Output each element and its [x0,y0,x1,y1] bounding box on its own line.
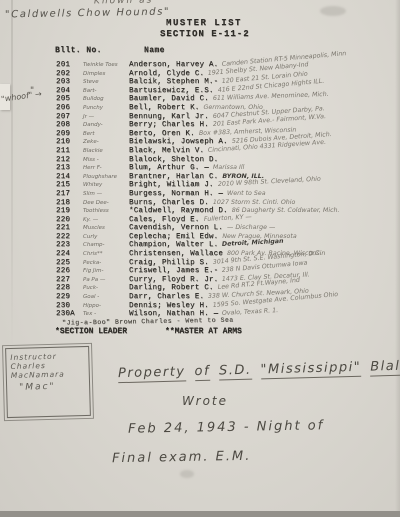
address-annotation: — Discharge — [227,224,275,231]
member-name: Blalock, Shelton D. [129,156,218,164]
member-name: Bielawski, Jowseph A. [129,138,228,146]
billet-number: 211 [56,147,83,155]
nickname-annotation: Zeke- [83,139,129,145]
footnote-section-leader: *SECTION LEADER [55,327,127,336]
member-name: Burns, Charles D. [129,199,209,207]
nickname-annotation: Ploughshare [83,174,129,180]
member-name: Christensen, Wallace [129,250,223,258]
billet-number: 228 [56,284,83,292]
address-annotation: 1027 Storm St. Cinti. Ohio [213,199,295,206]
member-name: Curry, Floyd R. Jr. [129,276,218,284]
roster-row: 201 Twinkle Toes Anderson, Harvey A. Cam… [0,61,400,70]
billet-number: 225 [56,259,83,267]
property-note-word: "Mississippi" [260,360,361,380]
member-name: *Caldwell, Raymond D. [129,207,228,215]
nickname-annotation: Goal - [83,294,129,300]
billet-number: 202 [56,70,83,78]
roster-row: 220 Ky. — Cales, Floyd E. Fullerton, KY … [0,216,400,225]
billet-number: 224 [56,250,83,258]
wrote-note: Wrote [182,394,228,408]
property-note-word: Blalock [370,358,400,376]
member-name: Burgess, Norman H. — [129,190,223,198]
roster-row: 226 Fig Jim- Criswell, James E.- 238 N D… [0,267,400,276]
roster-row: 213 Herr F- Blum, Arthur G. — Marissa Il… [0,164,400,173]
final-exam-note: Final exam. E.M. [112,449,252,466]
nickname-annotation: Chris** [83,251,129,257]
roster-row: 210 Zeke- Bielawski, Jowseph A. 5216 Dub… [0,138,400,147]
billet-number: 229 [56,293,83,301]
member-name: Bright, William J. [129,181,214,189]
roster-row: 222 Curly Ceplecha; Emil Edw. New Prague… [0,233,400,242]
roster-row: 211 Blackie Black, Melvin V. Cincinnati,… [0,147,400,156]
billet-number: 201 [56,61,83,69]
billet-number: 217 [56,190,83,198]
nickname-annotation: Bert [83,131,129,137]
member-name: Blum, Arthur G. — [129,164,209,172]
member-name: Arnold, Clyde C. [129,70,204,78]
member-name: Champion, Walter L. [129,241,218,249]
roster-row: 207 Jr — Bennung, Karl Jr. 6047 Chestnut… [0,113,400,122]
member-name: Baumler, David C. [129,95,209,103]
roster-row: 223 Champ- Champion, Walter L. Detroit, … [0,241,400,250]
roster-list: 201 Twinkle Toes Anderson, Harvey A. Cam… [0,61,400,319]
nickname-annotation: Pa Pa — [83,277,129,283]
nickname-annotation: Champ- [83,242,129,248]
member-name: Darling, Robert C. [129,284,214,292]
billet-number: 206 [56,104,83,112]
roster-row: 219 Toothless *Caldwell, Raymond D. 86 D… [0,207,400,216]
billet-number: 210 [56,138,83,146]
nickname-annotation: Tex - [83,311,129,317]
nickname-annotation: Miss - [83,157,129,163]
billet-number: 227 [56,276,83,284]
roster-row: 228 Puck- Darling, Robert C. Lee Rd RT.2… [0,284,400,293]
billet-number: 209 [56,130,83,138]
nickname-annotation: Whitey [83,182,129,188]
billet-number: 208 [56,121,83,129]
property-note-word: S.D. [219,363,252,381]
nickname-annotation: Muscles [83,225,129,231]
nickname-annotation: Herr F- [83,165,129,171]
nickname-annotation: Blackie [83,148,129,154]
roster-row: 203 Steve Balcik, Stephen M.- 120 East 2… [0,78,400,87]
roster-row: 225 Pecka- Craig, Phillip S. 3014 9th St… [0,259,400,268]
billet-number: 222 [56,233,83,241]
nickname-annotation: Bulldog [83,96,129,102]
roster-row: 212 Miss - Blalock, Shelton D. [0,156,400,165]
roster-row: 209 Bert Berto, Oren K. Box #383, Amhers… [0,130,400,139]
date-note: Feb 24, 1943 - Night of [128,418,325,436]
column-header-name: Name [144,46,165,55]
nickname-annotation: Dimples [83,71,129,77]
property-note-word: of [194,364,210,381]
column-header-billet: Bllt. No. [55,46,102,55]
footnote-master-at-arms: **MASTER AT ARMS [165,327,242,336]
billet-number: 230 [56,302,83,310]
member-name: Anderson, Harvey A. [129,61,218,69]
member-name: Bennung, Karl Jr. [129,113,209,121]
member-name: Ceplecha; Emil Edw. [129,233,218,241]
nickname-annotation: Fig Jim- [83,268,129,274]
roster-row: 227 Pa Pa — Curry, Floyd R. Jr. 1473 E. … [0,276,400,285]
roster-row: 215 Whitey Bright, William J. 2010 W 98t… [0,181,400,190]
member-name: Balcik, Stephen M.- [129,78,218,86]
nickname-annotation: Punchy [83,105,129,111]
roster-row: 229 Goal - Darr, Charles E. 338 W. Churc… [0,293,400,302]
roster-row: 214 Ploughshare Brantner, Harlan C. BYRO… [0,173,400,182]
roster-row: 208 Dandy- Berry; Charles H. 201 East Pa… [0,121,400,130]
roster-row: 230 Hippo- Dennis; Wesley H. 1595 So. We… [0,302,400,311]
property-of-note: PropertyofS.D."Mississippi"Blalock [118,358,400,383]
member-name: Berto, Oren K. [129,130,195,138]
scanned-muster-list-document: Known as "Caldwells Chow Hounds" MUSTER … [0,0,400,517]
nickname-annotation: Twinkle Toes [83,62,129,68]
billet-number: 218 [56,199,83,207]
roster-row: 204 Bart- Bartusiewicz, E.S. 416 E 22nd … [0,87,400,96]
nickname-annotation: Pecka- [83,260,129,266]
address-annotation: Fullerton, KY — [203,213,251,222]
billet-number: 220 [56,216,83,224]
nickname-annotation: Curly [83,234,129,240]
property-note-word: Property [118,364,186,383]
billet-number: 221 [56,224,83,232]
billet-number: 203 [56,78,83,86]
instructor-last-name: MacNamara [11,369,87,380]
billet-number: 219 [56,207,83,215]
member-name: Cales, Floyd E. [129,216,200,224]
billet-number: 230A [56,310,83,318]
document-title: MUSTER LIST [166,18,242,28]
member-name: Dennis; Wesley H. [129,302,209,310]
paper-edge-shadow-bottom [0,511,400,517]
nickname-annotation: Dee Dee- [83,200,129,206]
instructor-nickname: "Mac" [19,382,87,393]
nickname-annotation: Jr — [83,114,129,120]
nickname-annotation: Ky. — [83,217,129,223]
address-annotation: Detroit, Michigan [222,238,284,248]
roster-row: 224 Chris** Christensen, Wallace 800 Par… [0,250,400,259]
member-name: Black, Melvin V. [129,147,204,155]
member-name: Craig, Phillip S. [129,259,209,267]
roster-row: 205 Bulldog Baumler, David C. 611 Willia… [0,95,400,104]
roster-row: 221 Muscles Cavendish, Vernon L. — Disch… [0,224,400,233]
nickname-annotation: Dandy- [83,122,129,128]
billet-number: 223 [56,241,83,249]
roster-row: 206 Punchy Bell, Robert K. Germantown, O… [0,104,400,113]
group-name-note: "Caldwells Chow Hounds" [5,7,170,21]
address-annotation: Marissa Ill [213,164,244,171]
document-section: SECTION E-11-2 [160,29,250,39]
billet-number: 205 [56,95,83,103]
roster-row: 202 Dimples Arnold, Clyde C. 1921 Shelby… [0,70,400,79]
paper-smudge [320,6,346,16]
member-name: Berry; Charles H. [129,121,209,129]
nickname-annotation: Puck- [83,285,129,291]
member-name: Cavendish, Vernon L. [129,224,223,232]
paper-smudge [180,470,194,478]
member-name: Brantner, Harlan C. [129,173,218,181]
billet-number: 214 [56,173,83,181]
member-name: Bell, Robert K. [129,104,200,112]
nickname-annotation: Hippo- [83,303,129,309]
member-name: Bartusiewicz, E.S. [129,87,214,95]
member-name: Criswell, James E.- [129,267,218,275]
billet-number: 207 [56,113,83,121]
nickname-annotation: Slim — [83,191,129,197]
billet-number: 204 [56,87,83,95]
billet-number: 213 [56,164,83,172]
nickname-annotation: Bart- [83,88,129,94]
instructor-note-box: Instructor Charles MacNamara "Mac" [5,346,91,418]
known-as-note: Known as [94,0,153,7]
member-name: Darr, Charles E. [129,293,204,301]
roster-row: 217 Slim — Burgess, Norman H. — Went to … [0,190,400,199]
nickname-annotation: Steve [83,79,129,85]
nickname-annotation: Toothless [83,208,129,214]
address-annotation: Went to Sea [227,190,266,197]
billet-number: 226 [56,267,83,275]
billet-number: 212 [56,156,83,164]
roster-row: 218 Dee Dee- Burns, Charles D. 1027 Stor… [0,199,400,208]
billet-number: 215 [56,181,83,189]
